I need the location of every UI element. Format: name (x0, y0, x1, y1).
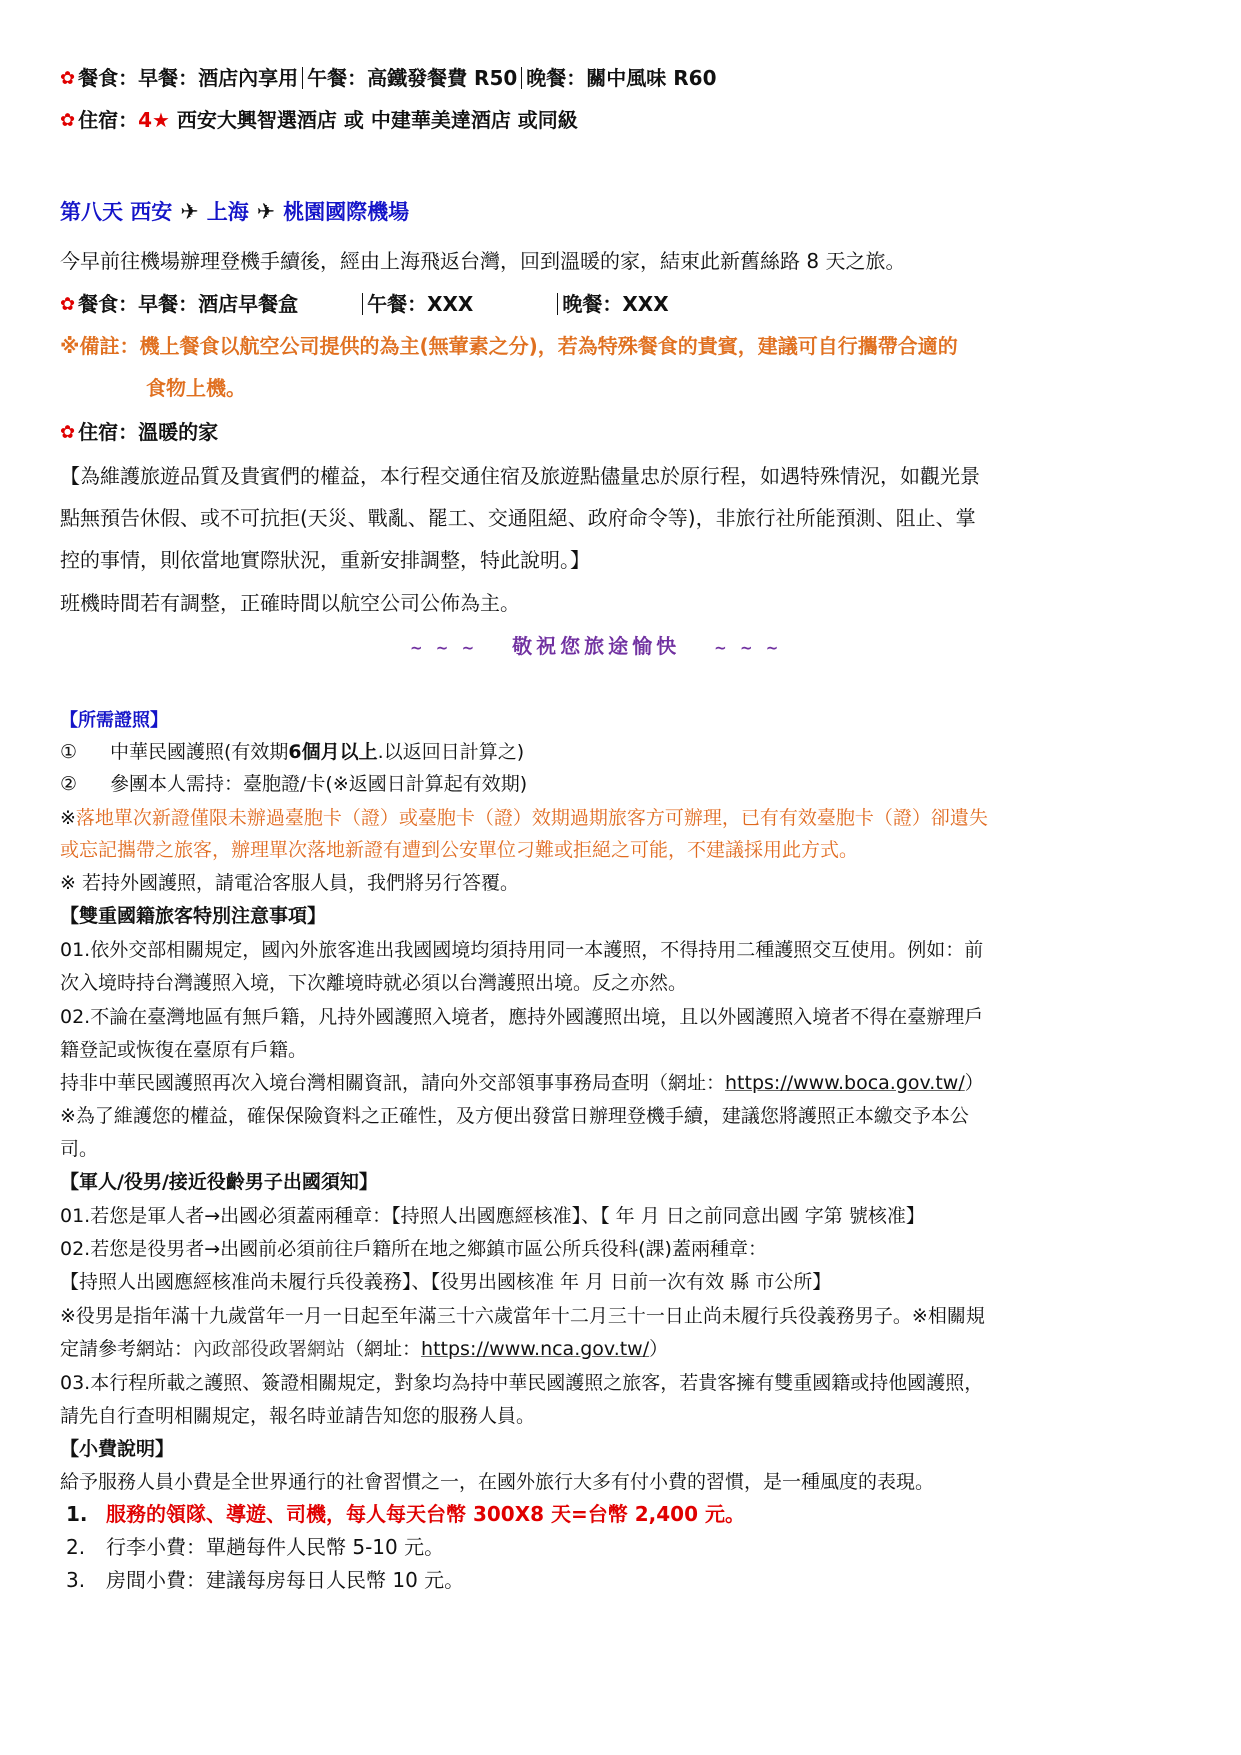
paren-close: ） (649, 1338, 668, 1360)
military-p3: 【持照人出國應經核准尚未履行兵役義務】、【役男出國核准 年 月 日前一次有效 縣… (60, 1267, 831, 1294)
military-p1: 01.若您是軍人者→出國必須蓋兩種章：【持照人出國應經核准】、【 年 月 日之前… (60, 1201, 925, 1228)
note-mark: ※ (60, 807, 76, 829)
flower-icon: ✿ (60, 68, 75, 89)
day8-remark-line2: 食物上機。 (146, 372, 246, 401)
item2-text: 參團本人需持：臺胞證/卡(※返國日計算起有效期) (110, 773, 527, 795)
flight-note: 班機時間若有調整，正確時間以航空公司公佈為主。 (60, 587, 520, 616)
boca-text: 持非中華民國護照再次入境台灣相關資訊，請向外交部領事事務局查明（網址： (60, 1072, 725, 1094)
military-p4-line1: ※役男是指年滿十九歲當年一月一日起至年滿三十六歲當年十二月三十一日止尚未履行兵役… (60, 1301, 985, 1328)
day8-title-part1: 第八天 西安 (60, 200, 172, 224)
divider (557, 293, 558, 315)
tips-item-1: 1.服務的領隊、導遊、司機，每人每天台幣 300X8 天=台幣 2,400 元。 (66, 1498, 745, 1527)
day7-hotel-label: 住宿： (78, 108, 138, 132)
tips-item-2: 2.行李小費：單趟每件人民幣 5-10 元。 (66, 1531, 444, 1560)
documents-item-2: ②參團本人需持：臺胞證/卡(※返國日計算起有效期) (60, 769, 527, 796)
flower-icon: ✿ (60, 294, 75, 315)
flower-icon: ✿ (60, 422, 75, 443)
tips-heading: 【小費說明】 (60, 1434, 174, 1461)
dual-p4-line1: ※為了維護您的權益，確保保險資料之正確性，及方便出發當日辦理登機手續，建議您將護… (60, 1101, 969, 1128)
day8-lunch: 午餐：XXX (367, 292, 473, 316)
hotel-star-rating: 4★ (138, 108, 170, 132)
day8-breakfast: 餐食：早餐：酒店早餐盒 (78, 292, 298, 316)
flower-icon: ✿ (60, 110, 75, 131)
tips-item-number: 2. (66, 1535, 106, 1559)
documents-warning-line1: ※落地單次新證僅限未辦過臺胞卡（證）或臺胞卡（證）效期過期旅客方可辦理，已有有效… (60, 803, 988, 830)
item-marker: ① (60, 741, 110, 763)
day7-hotel-text: 西安大興智選酒店 或 中建華美達酒店 或同級 (170, 108, 578, 132)
dual-p1-line1: 01.依外交部相關規定，國內外旅客進出我國國境均須持用同一本護照，不得持用二種護… (60, 935, 983, 962)
tips-intro: 給予服務人員小費是全世界通行的社會習慣之一，在國外旅行大多有付小費的習慣，是一種… (60, 1467, 934, 1494)
item1-text-post: .以返回日計算之) (378, 741, 524, 763)
foreign-passport-note: ※ 若持外國護照，請電洽客服人員，我們將另行答覆。 (60, 868, 519, 895)
dual-p1-line2: 次入境時持台灣護照入境，下次離境時就必須以台灣護照出境。反之亦然。 (60, 968, 687, 995)
paren-close: ） (965, 1072, 984, 1094)
greeting-line: ~ ~ ~敬祝您旅途愉快~ ~ ~ (410, 630, 782, 659)
divider (521, 67, 522, 89)
notice-line1: 【為維護旅遊品質及貴賓們的權益，本行程交通住宿及旅遊點儘量忠於原行程，如遇特殊情… (60, 460, 980, 489)
dual-p2-line1: 02.不論在臺灣地區有無戶籍，凡持外國護照入境者，應持外國護照出境，且以外國護照… (60, 1002, 983, 1029)
greeting-tilde-right: ~ ~ ~ (714, 639, 782, 657)
military-p5-line1: 03.本行程所載之護照、簽證相關規定，對象均為持中華民國護照之旅客，若貴客擁有雙… (60, 1368, 983, 1395)
tips-item-3: 3.房間小費：建議每房每日人民幣 10 元。 (66, 1564, 464, 1593)
day7-lunch: 午餐：高鐵發餐費 R50 (307, 66, 517, 90)
day8-title-part2: 上海 (207, 200, 249, 224)
day8-title-part3: 桃園國際機場 (283, 200, 409, 224)
tips-item-number: 1. (66, 1502, 106, 1526)
notice-line3: 控的事情，則依當地實際狀況，重新安排調整，特此說明。】 (60, 544, 590, 573)
dual-p3: 持非中華民國護照再次入境台灣相關資訊，請向外交部領事事務局查明（網址：https… (60, 1068, 984, 1095)
day8-meals-line: ✿餐食：早餐：酒店早餐盒午餐：XXX晚餐：XXX (60, 288, 669, 317)
military-p2: 02.若您是役男者→出國前必須前往戶籍所在地之鄉鎮市區公所兵役科(課)蓋兩種章： (60, 1234, 767, 1261)
day7-meals-line: ✿餐食：早餐：酒店內享用午餐：高鐵發餐費 R50晚餐：關中風味 R60 (60, 62, 717, 91)
greeting-text: 敬祝您旅途愉快 (512, 634, 680, 658)
tips-item-number: 3. (66, 1568, 106, 1592)
dual-p4-line2: 司。 (60, 1134, 98, 1161)
divider (302, 67, 303, 89)
day7-hotel-line: ✿住宿：4★ 西安大興智選酒店 或 中建華美達酒店 或同級 (60, 104, 578, 133)
military-p5-line2: 請先自行查明相關規定，報名時並請告知您的服務人員。 (60, 1401, 535, 1428)
item1-text-bold: 6個月以上 (288, 741, 377, 763)
day8-hotel-line: ✿住宿：溫暖的家 (60, 416, 218, 445)
documents-heading: 【所需證照】 (60, 706, 168, 732)
itinerary-page: ✿餐食：早餐：酒店內享用午餐：高鐵發餐費 R50晚餐：關中風味 R60 ✿住宿：… (0, 0, 1241, 1755)
documents-item-1: ①中華民國護照(有效期6個月以上.以返回日計算之) (60, 737, 524, 764)
plane-icon: ✈ (180, 200, 198, 225)
warning-text: 落地單次新證僅限未辦過臺胞卡（證）或臺胞卡（證）效期過期旅客方可辦理，已有有效臺… (76, 807, 988, 829)
dual-heading: 【雙重國籍旅客特別注意事項】 (60, 901, 326, 928)
tips-item-text: 房間小費：建議每房每日人民幣 10 元。 (106, 1568, 464, 1592)
day7-breakfast: 餐食：早餐：酒店內享用 (78, 66, 298, 90)
notice-line2: 點無預告休假、或不可抗拒(天災、戰亂、罷工、交通阻絕、政府命令等)，非旅行社所能… (60, 502, 976, 531)
day8-title: 第八天 西安✈上海✈桃園國際機場 (60, 196, 409, 226)
boca-link[interactable]: https://www.boca.gov.tw/ (725, 1072, 965, 1094)
dual-p2-line2: 籍登記或恢復在臺原有戶籍。 (60, 1035, 307, 1062)
day8-description: 今早前往機場辦理登機手續後，經由上海飛返台灣，回到溫暖的家，結束此新舊絲路 8 … (60, 245, 905, 274)
item-marker: ② (60, 773, 110, 795)
day8-remark-line1: ※備註：機上餐食以航空公司提供的為主(無葷素之分)，若為特殊餐食的貴賓，建議可自… (60, 330, 958, 359)
military-p4-line2: 定請參考網站：內政部役政署網站（網址：https://www.nca.gov.t… (60, 1334, 668, 1361)
documents-warning-line2: 或忘記攜帶之旅客，辦理單次落地新證有遭到公安單位刁難或拒絕之可能，不建議採用此方… (60, 835, 858, 862)
military-site-mid: （網址： (345, 1338, 421, 1360)
military-heading: 【軍人/役男/接近役齡男子出國須知】 (60, 1167, 378, 1194)
greeting-tilde-left: ~ ~ ~ (410, 639, 478, 657)
divider (362, 293, 363, 315)
day8-dinner: 晚餐：XXX (562, 292, 668, 316)
plane-icon: ✈ (257, 200, 275, 225)
day7-dinner: 晚餐：關中風味 R60 (526, 66, 716, 90)
day8-hotel: 住宿：溫暖的家 (78, 420, 218, 444)
military-site-pre: 定請參考網站： (60, 1338, 193, 1360)
military-site-name: 內政部役政署網站 (193, 1338, 345, 1360)
tips-item-text: 服務的領隊、導遊、司機，每人每天台幣 300X8 天=台幣 2,400 元。 (106, 1502, 745, 1526)
item1-text-pre: 中華民國護照(有效期 (110, 741, 288, 763)
nca-link[interactable]: https://www.nca.gov.tw/ (421, 1338, 649, 1360)
tips-item-text: 行李小費：單趟每件人民幣 5-10 元。 (106, 1535, 444, 1559)
